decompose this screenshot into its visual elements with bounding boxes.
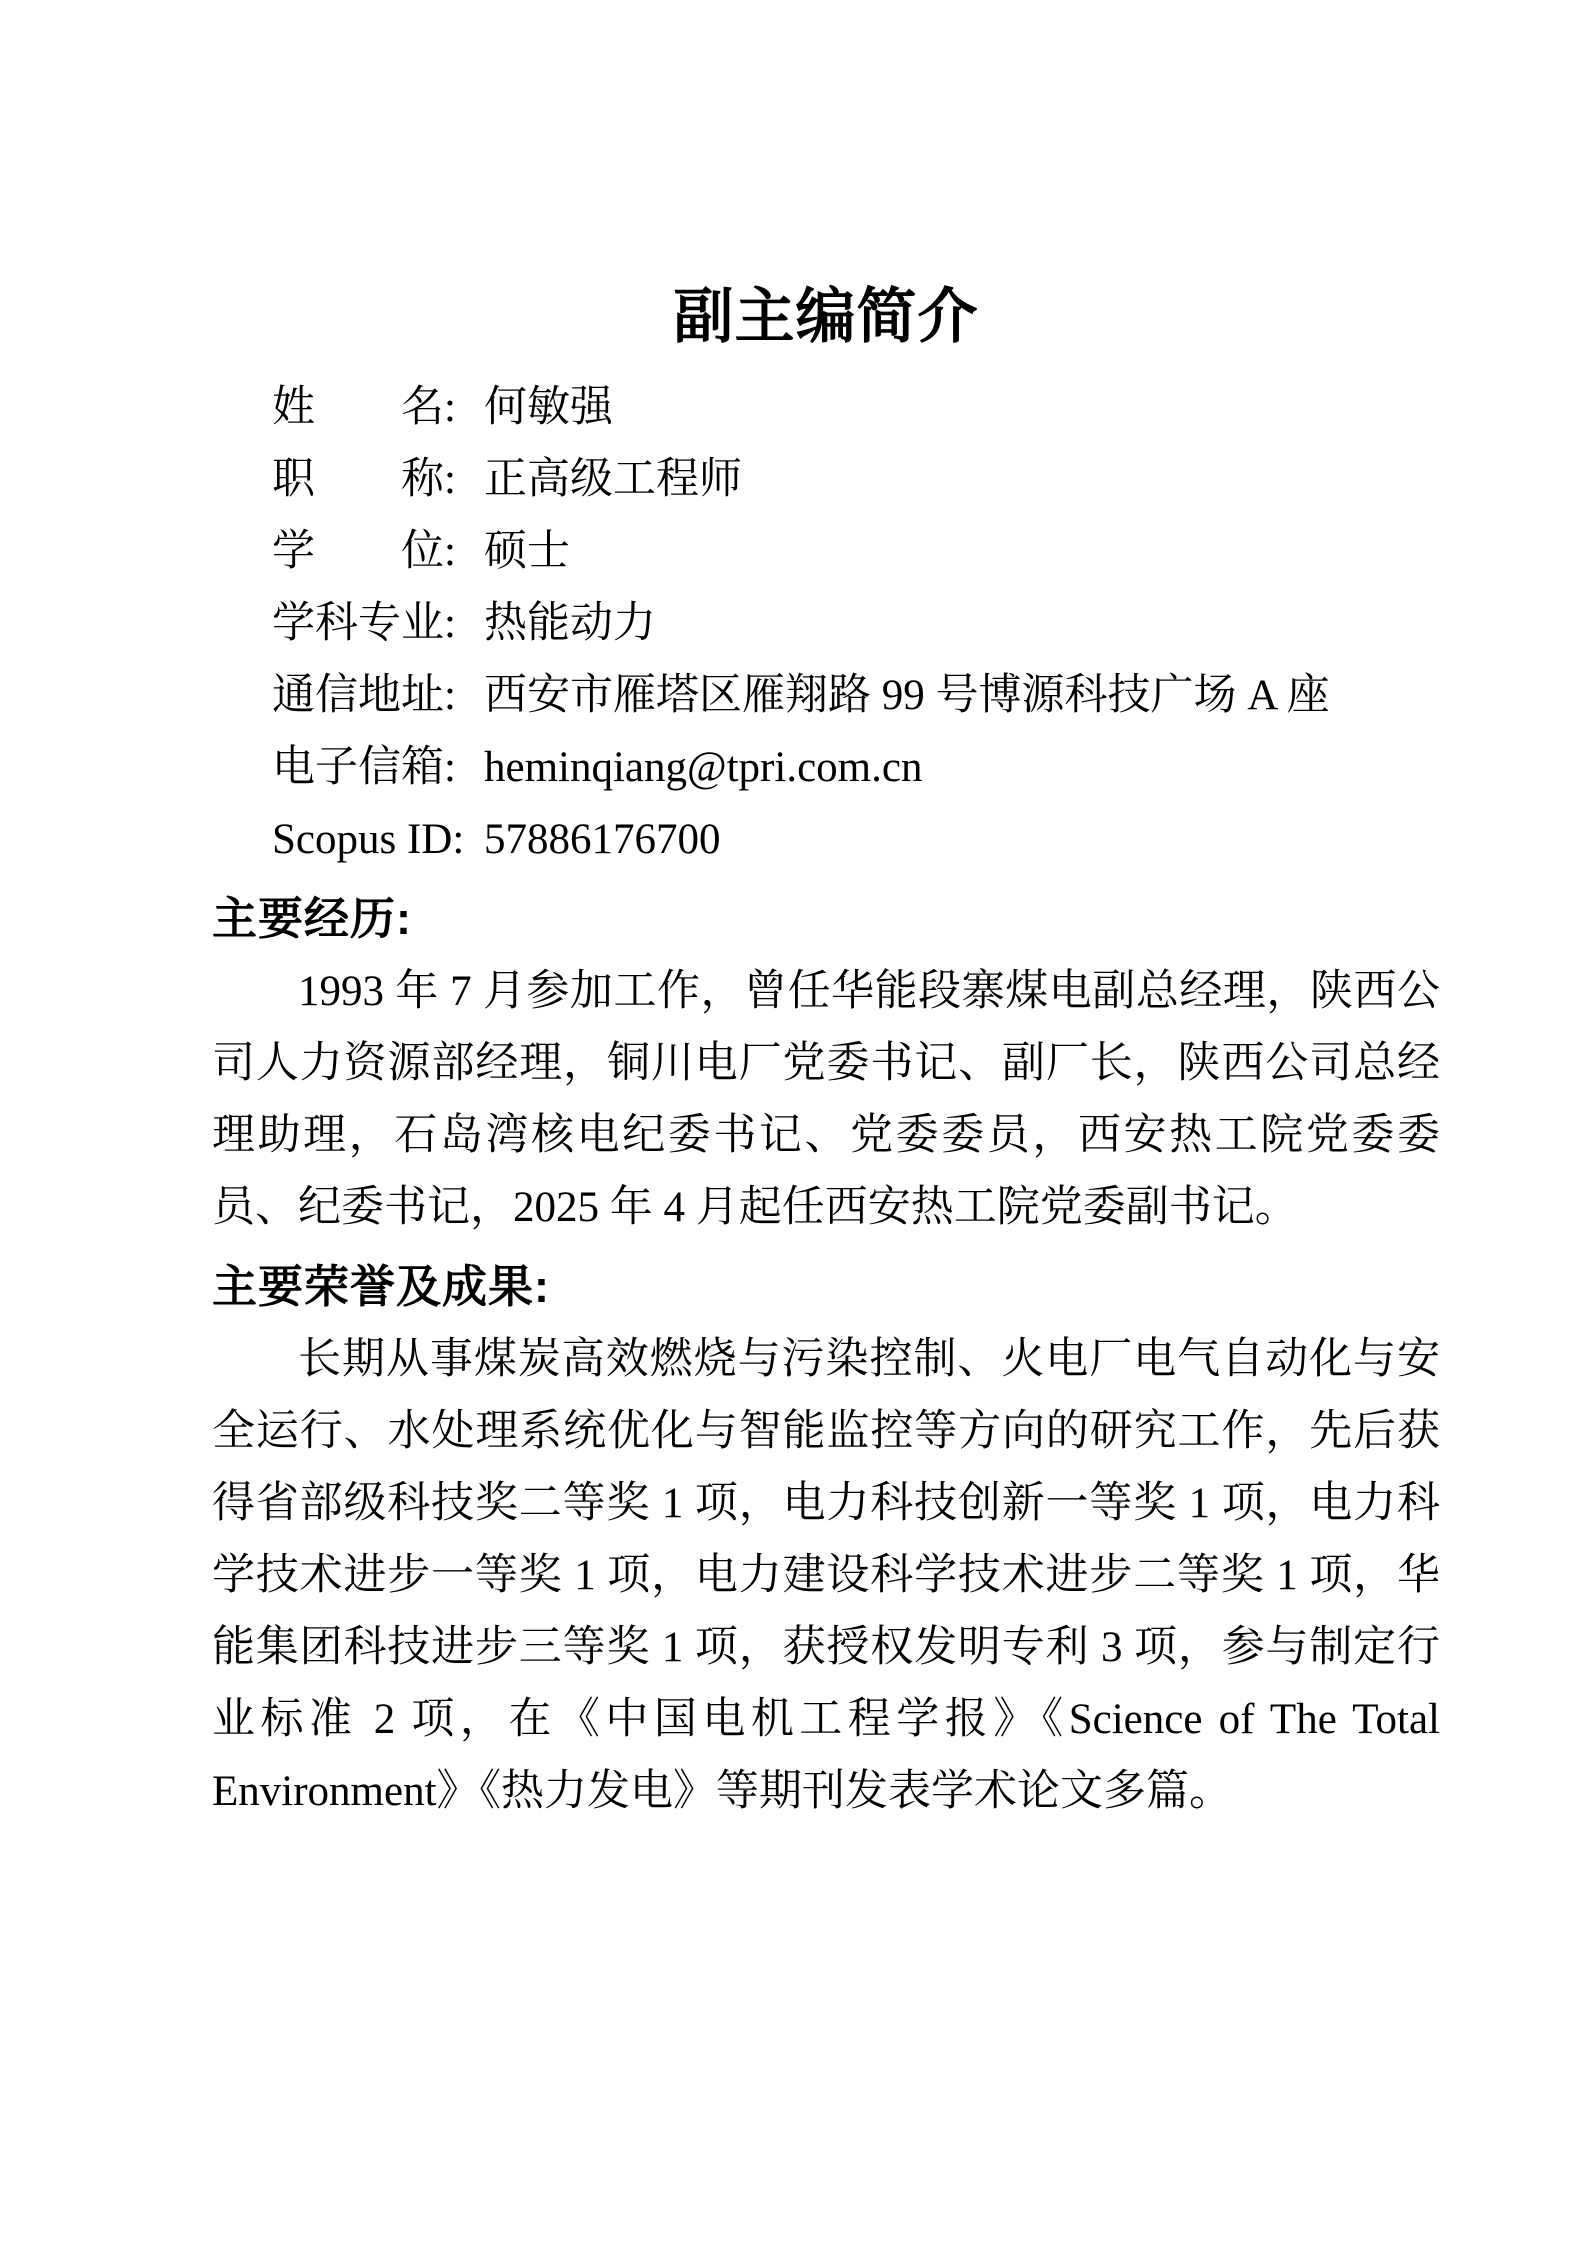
field-row-email: 电子信箱:heminqiang@tpri.com.cn [272, 732, 1440, 804]
field-value-address: 西安市雁塔区雁翔路 99 号博源科技广场 A 座 [484, 660, 1330, 732]
field-label-scopus-id: Scopus ID: [272, 804, 484, 876]
page-title: 副主编简介 [212, 0, 1440, 356]
document-page: 副主编简介 姓 名:何敏强 职 称:正高级工程师 学 位:硕士 学科专业:热能动… [212, 0, 1440, 1828]
field-label-email: 电子信箱: [272, 732, 484, 804]
field-row-discipline: 学科专业:热能动力 [272, 588, 1440, 660]
field-value-discipline: 热能动力 [484, 588, 656, 660]
field-row-scopus-id: Scopus ID:57886176700 [272, 804, 1440, 876]
field-label-name: 姓 名: [272, 372, 484, 444]
field-row-address: 通信地址:西安市雁塔区雁翔路 99 号博源科技广场 A 座 [272, 660, 1440, 732]
section-heading-achievements: 主要荣誉及成果: [212, 1250, 1440, 1324]
field-value-scopus-id: 57886176700 [484, 804, 721, 876]
field-label-degree: 学 位: [272, 516, 484, 588]
field-value-job-title: 正高级工程师 [484, 444, 742, 516]
field-row-name: 姓 名:何敏强 [272, 372, 1440, 444]
field-value-email: heminqiang@tpri.com.cn [484, 732, 922, 804]
field-label-address: 通信地址: [272, 660, 484, 732]
field-row-job-title: 职 称:正高级工程师 [272, 444, 1440, 516]
field-label-discipline: 学科专业: [272, 588, 484, 660]
profile-fields: 姓 名:何敏强 职 称:正高级工程师 学 位:硕士 学科专业:热能动力 通信地址… [272, 372, 1440, 876]
field-label-job-title: 职 称: [272, 444, 484, 516]
section-heading-experience: 主要经历: [212, 882, 1440, 956]
section-paragraph-achievements: 长期从事煤炭高效燃烧与污染控制、火电厂电气自动化与安全运行、水处理系统优化与智能… [212, 1324, 1440, 1828]
section-paragraph-experience: 1993 年 7 月参加工作，曾任华能段寨煤电副总经理，陕西公司人力资源部经理，… [212, 956, 1440, 1244]
field-value-name: 何敏强 [484, 372, 613, 444]
field-value-degree: 硕士 [484, 516, 570, 588]
field-row-degree: 学 位:硕士 [272, 516, 1440, 588]
